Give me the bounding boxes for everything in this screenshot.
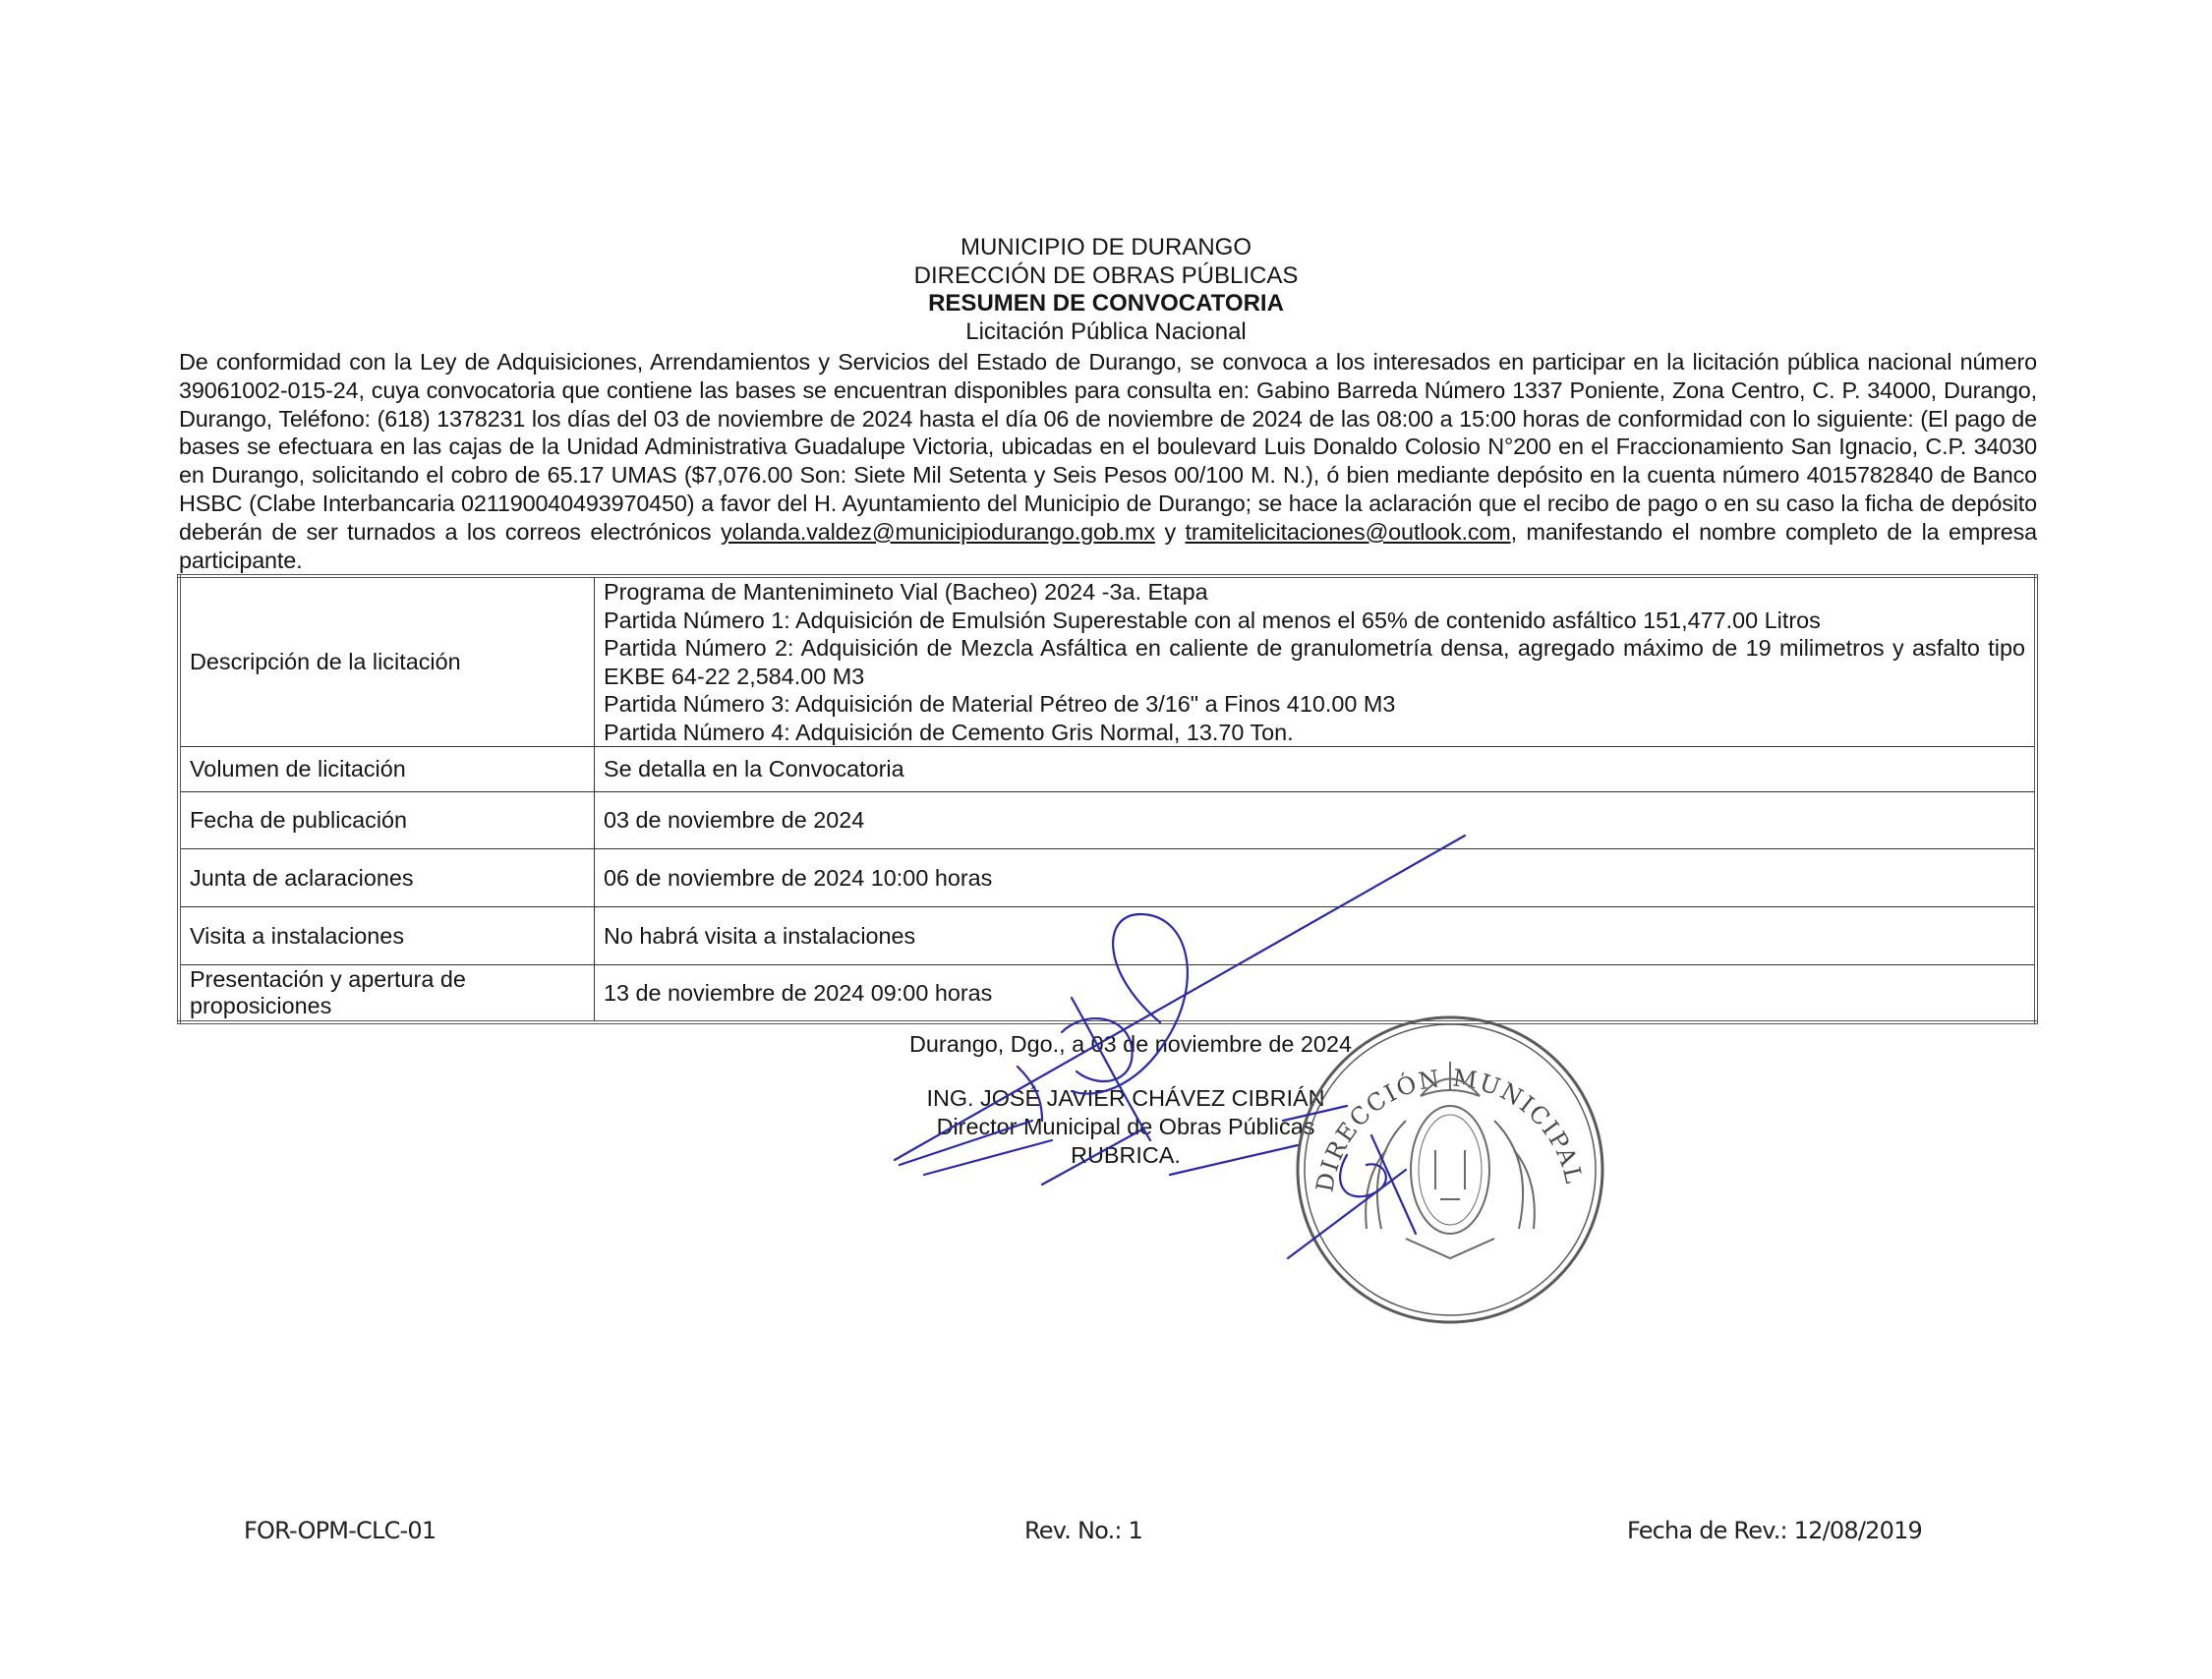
row-label: Volumen de licitación xyxy=(179,747,595,792)
row-value: 06 de noviembre de 2024 10:00 horas xyxy=(595,849,2037,907)
department-name: DIRECCIÓN DE OBRAS PÚBLICAS xyxy=(0,262,2212,291)
document-header: MUNICIPIO DE DURANGO DIRECCIÓN DE OBRAS … xyxy=(0,234,2212,346)
table-row: Volumen de licitación Se detalla en la C… xyxy=(179,747,2036,792)
convocation-paragraph: De conformidad con la Ley de Adquisicion… xyxy=(179,348,2037,574)
description-line: Programa de Mantenimineto Vial (Bacheo) … xyxy=(604,578,2025,607)
row-value: 03 de noviembre de 2024 xyxy=(595,792,2037,849)
rubrica-label: RUBRICA. xyxy=(0,1141,2212,1170)
document-title: RESUMEN DE CONVOCATORIA xyxy=(0,290,2212,318)
table-row: Visita a instalaciones No habrá visita a… xyxy=(179,907,2036,965)
table-row: Junta de aclaraciones 06 de noviembre de… xyxy=(179,849,2036,907)
row-label: Descripción de la licitación xyxy=(179,576,595,747)
row-label: Presentación y apertura de proposiciones xyxy=(179,965,595,1022)
description-line: Partida Número 2: Adquisición de Mezcla … xyxy=(604,634,2025,690)
email-link-yolanda[interactable]: yolanda.valdez@municipiodurango.gob.mx xyxy=(721,519,1155,545)
table-row: Descripción de la licitación Programa de… xyxy=(179,576,2036,747)
tender-info-table: Descripción de la licitación Programa de… xyxy=(177,574,2038,1024)
row-value: Programa de Mantenimineto Vial (Bacheo) … xyxy=(595,576,2037,747)
table-row: Presentación y apertura de proposiciones… xyxy=(179,965,2036,1022)
place-date: Durango, Dgo., a 03 de noviembre de 2024 xyxy=(0,1030,2212,1059)
row-value: Se detalla en la Convocatoria xyxy=(595,747,2037,792)
document-subtitle: Licitación Pública Nacional xyxy=(0,318,2212,347)
revision-number: Rev. No.: 1 xyxy=(1024,1517,1142,1544)
signatory-position: Director Municipal de Obras Públicas xyxy=(0,1113,2212,1141)
row-value: No habrá visita a instalaciones xyxy=(595,907,2037,965)
paragraph-text: De conformidad con la Ley de Adquisicion… xyxy=(179,349,2037,545)
description-line: Partida Número 4: Adquisición de Cemento… xyxy=(604,719,2025,747)
row-value: 13 de noviembre de 2024 09:00 horas xyxy=(595,965,2037,1022)
row-label: Fecha de publicación xyxy=(179,792,595,849)
description-line: Partida Número 1: Adquisición de Emulsió… xyxy=(604,607,2025,635)
stamp-ring xyxy=(1298,1017,1602,1322)
revision-date: Fecha de Rev.: 12/08/2019 xyxy=(1627,1517,1922,1544)
table-row: Fecha de publicación 03 de noviembre de … xyxy=(179,792,2036,849)
form-code: FOR-OPM-CLC-01 xyxy=(244,1517,436,1544)
row-label: Visita a instalaciones xyxy=(179,907,595,965)
row-label: Junta de aclaraciones xyxy=(179,849,595,907)
description-lines: Programa de Mantenimineto Vial (Bacheo) … xyxy=(604,578,2025,746)
email-link-tramite[interactable]: tramitelicitaciones@outlook.com xyxy=(1186,519,1511,545)
signatory-name: ING. JOSÉ JAVIER CHÁVEZ CIBRIÁN xyxy=(0,1084,2212,1113)
description-line: Partida Número 3: Adquisición de Materia… xyxy=(604,690,2025,719)
municipality-name: MUNICIPIO DE DURANGO xyxy=(0,234,2212,262)
email-connector: y xyxy=(1155,519,1186,545)
